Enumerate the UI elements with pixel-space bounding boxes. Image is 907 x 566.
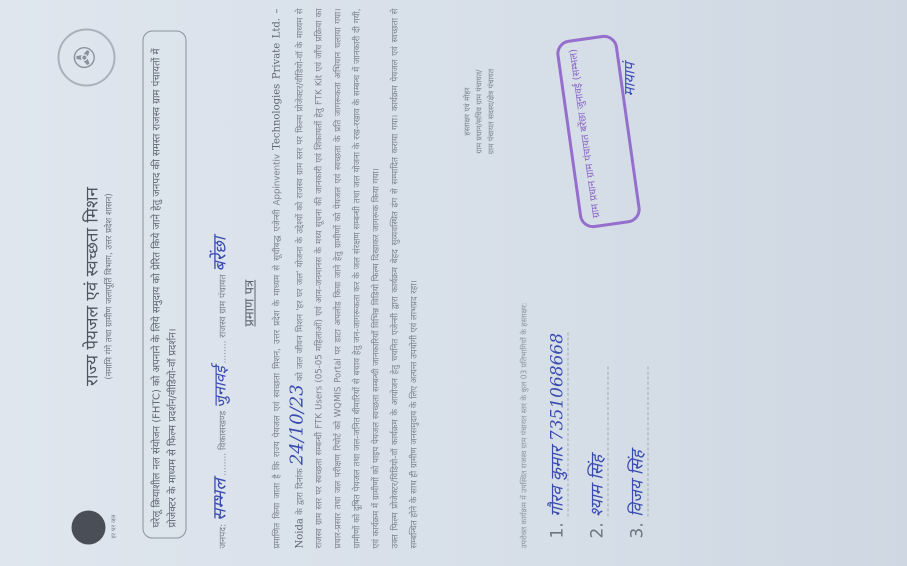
village-label: राजस्व ग्राम पंचायत xyxy=(219,274,229,337)
up-government-emblem-icon: ✇ xyxy=(58,29,116,87)
document-title: राज्य पेयजल एवं स्वच्छता मिशन xyxy=(80,107,103,467)
stamp-signature: मायापं xyxy=(620,63,640,97)
certificate-page: हर घर जल ✇ राज्य पेयजल एवं स्वच्छता मिशन… xyxy=(0,1,907,566)
sig-name: श्याम सिंह xyxy=(585,367,609,517)
event-date: 24/10/23 xyxy=(287,384,308,465)
body-closing: उक्त फिल्म प्रोजेक्टर/विडियो-वॉ कार्यक्र… xyxy=(391,9,420,549)
document-subtitle: (नमामि गंगे तथा ग्रामीण जलापूर्ति विभाग,… xyxy=(104,107,115,467)
district-label: जनपद: xyxy=(219,524,229,549)
har-ghar-jal-logo-icon xyxy=(72,511,106,545)
certificate-body: प्रमाणित किया जाता है कि राज्य पेयजल एवं… xyxy=(268,9,425,549)
certificate-heading: प्रमाण पत्र xyxy=(240,280,258,327)
sig-num: 2. xyxy=(588,522,608,538)
signatory-title-1: ग्राम प्रधान/सचिव ग्राम पंचायत/ xyxy=(474,22,486,202)
body-date-label: के द्वारा दिनांक xyxy=(296,468,306,514)
sig-name: गौरव कुमार 7351068668 xyxy=(545,333,569,517)
participant-signature-1: 1. गौरव कुमार 7351068668 xyxy=(545,333,569,539)
subject-box: घरेलू क्रियाशील नल संयोजन (FHTC) को अपना… xyxy=(143,31,187,539)
body-intro: प्रमाणित किया जाता है कि राज्य पेयजल एवं… xyxy=(273,154,283,548)
sig-num: 1. xyxy=(548,522,568,538)
sig-name: विजय सिंह xyxy=(625,367,649,517)
official-signature-block: हस्ताक्षर एवं मोहर ग्राम प्रधान/सचिव ग्र… xyxy=(462,22,498,202)
participant-signature-3: 3. विजय सिंह xyxy=(625,367,649,539)
signatures-intro: उपरोक्त कार्यक्रम में उपस्थित राजस्व ग्र… xyxy=(520,9,530,549)
village-value: बरेंछा xyxy=(210,237,231,272)
location-row: जनपद: सम्भल ........ विकासखण्ड जुनावई ..… xyxy=(208,19,232,549)
block-value: जुनावई xyxy=(211,366,230,408)
participant-signature-2: 2. श्याम सिंह xyxy=(585,367,609,539)
body-main: को जल जीवन मिशन 'हर घर जल' योजना के उद्द… xyxy=(296,8,382,548)
left-logo-caption: हर घर जल xyxy=(110,497,118,557)
signature-label: हस्ताक्षर एवं मोहर xyxy=(462,22,474,202)
district-value: सम्भल xyxy=(210,479,231,521)
block-label: विकासखण्ड xyxy=(219,411,229,450)
signatory-title-2: ग्राम पंचायत सदस्य/क्षेत्र पंचायत xyxy=(486,22,498,202)
sig-num: 3. xyxy=(628,522,648,538)
